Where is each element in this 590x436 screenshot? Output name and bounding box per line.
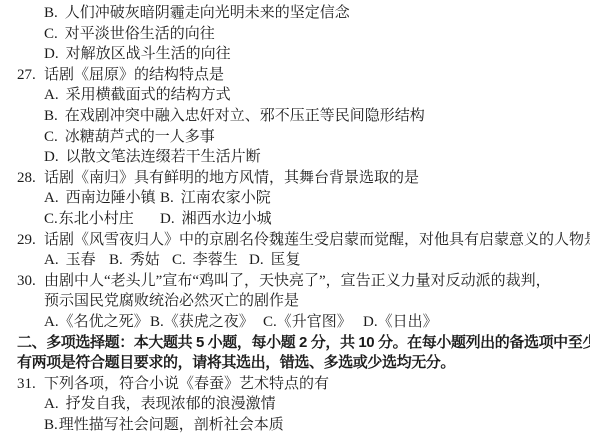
option-label: C. bbox=[44, 26, 58, 42]
option-label: B. bbox=[150, 314, 164, 330]
question-29-option-d: D.匡复 bbox=[249, 250, 301, 271]
section-header-text: 二、多项选择题：本大题共 5 小题，每小题 2 分，共 10 分。在每小题列出的… bbox=[17, 334, 590, 351]
option-text: 理性描写社会问题，剖析社会本质 bbox=[59, 417, 284, 433]
option-text: 湘西水边小城 bbox=[182, 211, 272, 227]
option-text: 对平淡世俗生活的向往 bbox=[65, 26, 215, 42]
question-number: 30. bbox=[17, 271, 44, 292]
option-label: B. bbox=[44, 5, 58, 21]
option-text: 秀姑 bbox=[130, 252, 160, 268]
option-label: C. bbox=[44, 211, 58, 227]
option-label: A. bbox=[44, 314, 59, 330]
question-29-option-c: C.李蓉生 bbox=[172, 250, 249, 271]
question-28-option-b: B.江南农家小院 bbox=[160, 188, 271, 209]
option-text: 在戏剧冲突中融入忠奸对立、邪不压正等民间隐形结构 bbox=[65, 108, 425, 124]
question-28-options-row-1: A.西南边陲小镇B.江南农家小院 bbox=[0, 188, 590, 209]
question-text: 话剧《风雪夜归人》中的京剧名伶魏莲生受启蒙而觉醒，对他具有启蒙意义的人物是 bbox=[44, 232, 590, 248]
option-text: 抒发自我，表现浓郁的浪漫激情 bbox=[66, 396, 276, 412]
question-number: 31. bbox=[17, 374, 44, 395]
question-28-options-row-2: C.东北小村庄D.湘西水边小城 bbox=[0, 209, 590, 230]
question-27-option-a: A.采用横截面式的结构方式 bbox=[0, 85, 590, 106]
option-label: B. bbox=[44, 108, 58, 124]
question-number: 28. bbox=[17, 168, 44, 189]
question-30-option-a: A.《名优之死》 bbox=[44, 312, 150, 333]
option-text: 人们冲破灰暗阴霾走向光明未来的坚定信念 bbox=[65, 5, 350, 21]
option-label: B. bbox=[109, 252, 123, 268]
option-label: C. bbox=[44, 129, 58, 145]
question-text: 由剧中人“老头儿”宣布“鸡叫了，天快亮了”，宣告正义力量对反动派的裁判， bbox=[44, 273, 551, 289]
option-text: 《名优之死》 bbox=[59, 314, 149, 330]
option-text: 匡复 bbox=[271, 252, 301, 268]
option-text: 以散文笔法连缀若干生活片断 bbox=[66, 149, 261, 165]
option-label: D. bbox=[363, 314, 378, 330]
question-29-stem: 29.话剧《风雪夜归人》中的京剧名伶魏莲生受启蒙而觉醒，对他具有启蒙意义的人物是 bbox=[0, 230, 590, 251]
question-28-option-d: D.湘西水边小城 bbox=[160, 209, 272, 230]
question-28-option-c: C.东北小村庄 bbox=[44, 209, 160, 230]
question-30-stem-line-2: 预示国民党腐败统治必然灭亡的剧作是 bbox=[0, 291, 590, 312]
question-text: 下列各项，符合小说《春蚕》艺术特点的有 bbox=[44, 376, 329, 392]
question-31-option-a: A.抒发自我，表现浓郁的浪漫激情 bbox=[0, 394, 590, 415]
section-2-header-line-2: 有两项是符合题目要求的，请将其选出，错选、多选或少选均无分。 bbox=[0, 353, 590, 374]
question-number: 27. bbox=[17, 65, 44, 86]
question-text: 话剧《南归》具有鲜明的地方风情，其舞台背景选取的是 bbox=[44, 170, 419, 186]
question-30-options-row: A.《名优之死》B.《获虎之夜》C.《升官图》D.《日出》 bbox=[0, 312, 590, 333]
option-label: A. bbox=[44, 252, 59, 268]
question-number: 29. bbox=[17, 230, 44, 251]
section-2-header-line-1: 二、多项选择题：本大题共 5 小题，每小题 2 分，共 10 分。在每小题列出的… bbox=[0, 333, 590, 354]
question-30-option-c: C.《升官图》 bbox=[263, 312, 363, 333]
prev-question-option-d: D.对解放区战斗生活的向往 bbox=[0, 44, 590, 65]
option-text: 西南边陲小镇 bbox=[66, 190, 156, 206]
option-text: 东北小村庄 bbox=[59, 211, 134, 227]
option-text: 对解放区战斗生活的向往 bbox=[66, 46, 231, 62]
option-text: 《升官图》 bbox=[277, 314, 352, 330]
question-31-stem: 31.下列各项，符合小说《春蚕》艺术特点的有 bbox=[0, 374, 590, 395]
option-label: A. bbox=[44, 190, 59, 206]
section-header-text: 有两项是符合题目要求的，请将其选出，错选、多选或少选均无分。 bbox=[17, 354, 455, 371]
option-text: 《获虎之夜》 bbox=[164, 314, 254, 330]
option-text: 冰糖葫芦式的一人多事 bbox=[65, 129, 215, 145]
option-label: D. bbox=[44, 46, 59, 62]
question-27-option-d: D.以散文笔法连缀若干生活片断 bbox=[0, 147, 590, 168]
option-text: 李蓉生 bbox=[193, 252, 238, 268]
option-label: B. bbox=[160, 190, 174, 206]
prev-question-option-c: C.对平淡世俗生活的向往 bbox=[0, 24, 590, 45]
question-29-option-a: A.玉春 bbox=[44, 250, 109, 271]
question-30-stem-line-1: 30.由剧中人“老头儿”宣布“鸡叫了，天快亮了”，宣告正义力量对反动派的裁判， bbox=[0, 271, 590, 292]
exam-document-page: B.人们冲破灰暗阴霾走向光明未来的坚定信念 C.对平淡世俗生活的向往 D.对解放… bbox=[0, 0, 590, 436]
option-label: C. bbox=[172, 252, 186, 268]
option-text: 《日出》 bbox=[378, 314, 438, 330]
prev-question-option-b: B.人们冲破灰暗阴霾走向光明未来的坚定信念 bbox=[0, 3, 590, 24]
question-30-option-d: D.《日出》 bbox=[363, 312, 438, 333]
option-label: C. bbox=[263, 314, 277, 330]
question-27-option-b: B.在戏剧冲突中融入忠奸对立、邪不压正等民间隐形结构 bbox=[0, 106, 590, 127]
option-label: B. bbox=[44, 417, 58, 433]
question-27-option-c: C.冰糖葫芦式的一人多事 bbox=[0, 127, 590, 148]
question-28-option-a: A.西南边陲小镇 bbox=[44, 188, 160, 209]
option-label: D. bbox=[249, 252, 264, 268]
option-label: A. bbox=[44, 87, 59, 103]
question-29-option-b: B.秀姑 bbox=[109, 250, 172, 271]
question-text: 话剧《屈原》的结构特点是 bbox=[44, 67, 224, 83]
question-28-stem: 28.话剧《南归》具有鲜明的地方风情，其舞台背景选取的是 bbox=[0, 168, 590, 189]
question-27-stem: 27.话剧《屈原》的结构特点是 bbox=[0, 65, 590, 86]
question-text-continuation: 预示国民党腐败统治必然灭亡的剧作是 bbox=[44, 293, 299, 309]
option-text: 江南农家小院 bbox=[181, 190, 271, 206]
question-29-options-row: A.玉春B.秀姑C.李蓉生D.匡复 bbox=[0, 250, 590, 271]
option-text: 玉春 bbox=[66, 252, 96, 268]
option-text: 采用横截面式的结构方式 bbox=[66, 87, 231, 103]
option-label: A. bbox=[44, 396, 59, 412]
option-label: D. bbox=[44, 149, 59, 165]
question-30-option-b: B.《获虎之夜》 bbox=[150, 312, 263, 333]
question-31-option-b: B.理性描写社会问题，剖析社会本质 bbox=[0, 415, 590, 436]
option-label: D. bbox=[160, 211, 175, 227]
